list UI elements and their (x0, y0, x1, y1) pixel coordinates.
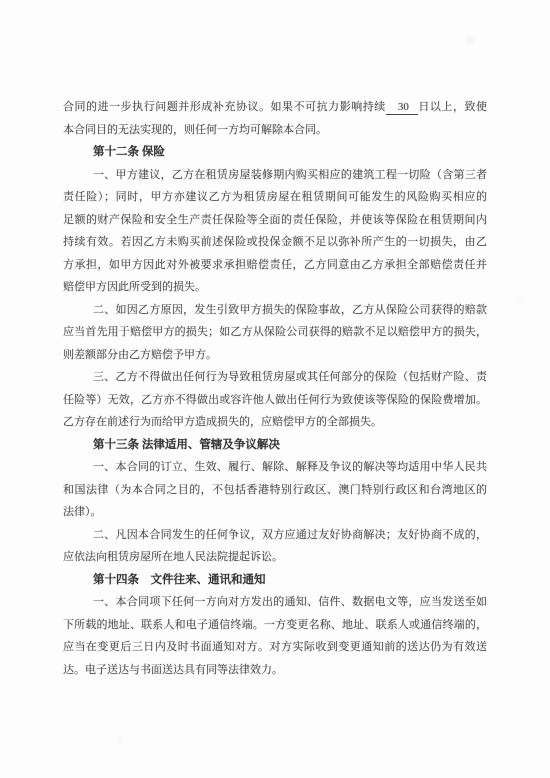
text-run: 应当首先用于赔偿甲方的损失；如乙方从保险公司获得的赔款不足以赔偿甲方的损失， (63, 326, 487, 338)
text-run: 二、凡因本合同发生的任何争议，双方应通过友好协商解决；友好协商不成的， (93, 529, 487, 541)
contract-text: 合同的进一步执行问题并形成补充协议。如果不可抗力影响持续30日以上，致使本合同目… (0, 0, 550, 681)
contract-line: 达。电子送达与书面送达具有同等法律效力。 (63, 659, 487, 682)
contract-line: 合同的进一步执行问题并形成补充协议。如果不可抗力影响持续30日以上，致使 (63, 96, 487, 119)
contract-line: 一、甲方建议，乙方在租赁房屋装修期内购买相应的建筑工程一切险（含第三者 (63, 164, 487, 187)
contract-line: 应依法向租赁房屋所在地人民法院提起诉讼。 (63, 546, 487, 569)
contract-line: 一、本合同的订立、生效、履行、解除、解释及争议的解决等均适用中华人民共 (63, 456, 487, 479)
text-run: 达。电子送达与书面送达具有同等法律效力。 (63, 664, 283, 676)
text-run: 持续有效。若因乙方未购买前述保险或投保金额不足以弥补所产生的一切损失，由乙 (63, 236, 487, 248)
text-run: 合同的进一步执行问题并形成补充协议。如果不可抗力影响持续 (63, 101, 386, 113)
contract-line: 方承担，如甲方因此对外被要求承担赔偿责任，乙方同意由乙方承担全部赔偿责任并 (63, 254, 487, 277)
contract-line: 一、本合同项下任何一方向对方发出的通知、信件、数据电文等，应当发送至如 (63, 591, 487, 614)
text-run: 第十二条 保险 (93, 146, 165, 158)
force-majeure-days-blank: 30 (386, 100, 418, 115)
contract-line: 乙方存在前述行为而给甲方造成损失的，应赔偿甲方的全部损失。 (63, 411, 487, 434)
text-run: 任险等）无效，乙方亦不得做出或容许他人做出任何行为致使该等保险的保险费增加。 (63, 394, 487, 406)
text-run: 一、本合同的订立、生效、履行、解除、解释及争议的解决等均适用中华人民共 (93, 461, 487, 473)
text-run: 第十四条 文件往来、通讯和通知 (93, 574, 266, 586)
text-run: 乙方存在前述行为而给甲方造成损失的，应赔偿甲方的全部损失。 (63, 416, 382, 428)
contract-line: 应当在变更后三日内及时书面通知对方。对方实际收到变更通知前的送达仍为有效送 (63, 636, 487, 659)
text-run: 一、甲方建议，乙方在租赁房屋装修期内购买相应的建筑工程一切险（含第三者 (93, 169, 487, 181)
text-run: 法律）。 (63, 506, 102, 518)
text-run: 应当在变更后三日内及时书面通知对方。对方实际收到变更通知前的送达仍为有效送 (63, 641, 487, 653)
text-run: 二、如因乙方原因，发生引致甲方损失的保险事故，乙方从保险公司获得的赔款 (93, 304, 487, 316)
contract-line: 下所载的地址、联系人和电子通信终端。一方变更名称、地址、联系人或通信终端的， (63, 614, 487, 637)
contract-line: 持续有效。若因乙方未购买前述保险或投保金额不足以弥补所产生的一切损失，由乙 (63, 231, 487, 254)
contract-line: 本合同目的无法实现的，则任何一方均可解除本合同。 (63, 119, 487, 142)
scanned-contract-page: 合同的进一步执行问题并形成补充协议。如果不可抗力影响持续30日以上，致使本合同目… (0, 0, 550, 778)
contract-line: 法律）。 (63, 501, 487, 524)
article-heading: 第十三条 法律适用、管辖及争议解决 (63, 434, 487, 457)
contract-line: 则差额部分由乙方赔偿予甲方。 (63, 344, 487, 367)
text-run: 一、本合同项下任何一方向对方发出的通知、信件、数据电文等，应当发送至如 (93, 596, 487, 608)
contract-line: 足额的财产保险和安全生产责任保险等全面的责任保险，并使该等保险在租赁期间内 (63, 209, 487, 232)
text-run: 第十三条 法律适用、管辖及争议解决 (93, 439, 280, 451)
contract-line: 二、如因乙方原因，发生引致甲方损失的保险事故，乙方从保险公司获得的赔款 (63, 299, 487, 322)
contract-line: 责任险）；同时，甲方亦建议乙方为租赁房屋在租赁期间可能发生的风险购买相应的 (63, 186, 487, 209)
text-run: 本合同目的无法实现的，则任何一方均可解除本合同。 (63, 124, 327, 136)
contract-line: 二、凡因本合同发生的任何争议，双方应通过友好协商解决；友好协商不成的， (63, 524, 487, 547)
text-run: 和国法律（为本合同之目的，不包括香港特别行政区、澳门特别行政区和台湾地区的 (63, 484, 487, 496)
text-run: 方承担，如甲方因此对外被要求承担赔偿责任，乙方同意由乙方承担全部赔偿责任并 (63, 259, 487, 271)
contract-line: 任险等）无效，乙方亦不得做出或容许他人做出任何行为致使该等保险的保险费增加。 (63, 389, 487, 412)
text-run: 则差额部分由乙方赔偿予甲方。 (63, 349, 217, 361)
text-run: 足额的财产保险和安全生产责任保险等全面的责任保险，并使该等保险在租赁期间内 (63, 214, 487, 226)
contract-line: 应当首先用于赔偿甲方的损失；如乙方从保险公司获得的赔款不足以赔偿甲方的损失， (63, 321, 487, 344)
text-run: 应依法向租赁房屋所在地人民法院提起诉讼。 (63, 551, 283, 563)
text-run: 三、乙方不得做出任何行为导致租赁房屋或其任何部分的保险（包括财产险、责 (93, 371, 487, 383)
contract-line: 和国法律（为本合同之目的，不包括香港特别行政区、澳门特别行政区和台湾地区的 (63, 479, 487, 502)
text-run: 责任险）；同时，甲方亦建议乙方为租赁房屋在租赁期间可能发生的风险购买相应的 (63, 191, 487, 203)
article-heading: 第十二条 保险 (63, 141, 487, 164)
text-run: 赔偿甲方因此所受到的损失。 (63, 281, 206, 293)
text-run: 下所载的地址、联系人和电子通信终端。一方变更名称、地址、联系人或通信终端的， (63, 619, 487, 631)
contract-line: 赔偿甲方因此所受到的损失。 (63, 276, 487, 299)
text-run: 日以上，致使 (418, 101, 487, 113)
contract-line: 三、乙方不得做出任何行为导致租赁房屋或其任何部分的保险（包括财产险、责 (63, 366, 487, 389)
article-heading: 第十四条 文件往来、通讯和通知 (63, 569, 487, 592)
